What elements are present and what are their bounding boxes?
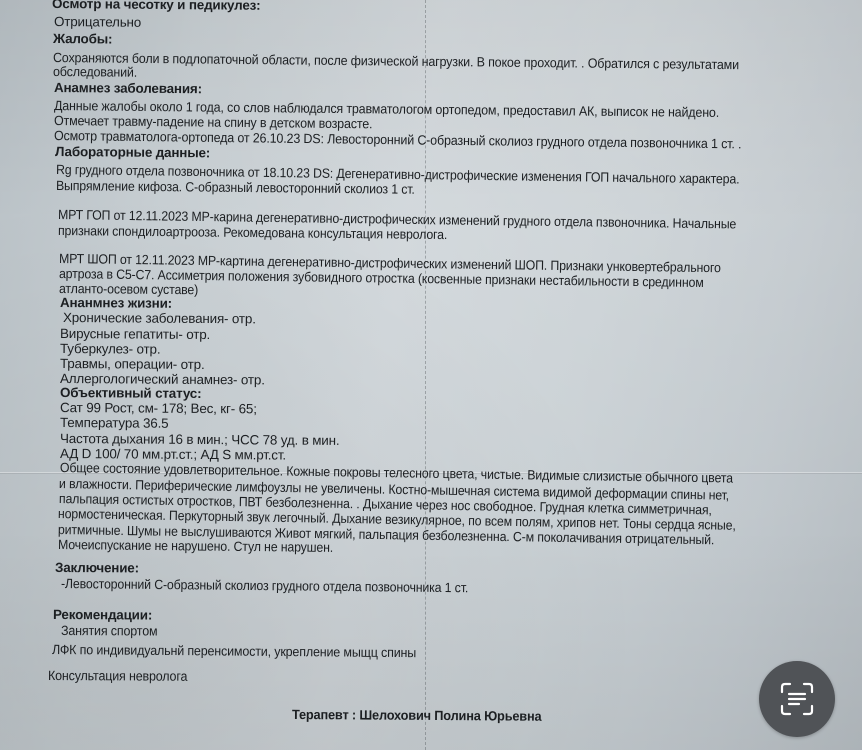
complaints-line: Сохраняются боли в подлопаточной области… — [53, 51, 739, 72]
lab-data-line: Выпрямление кифоза. С-образный левосторо… — [56, 179, 415, 197]
life-history-line: Туберкулез- отр. — [60, 342, 161, 357]
scabies-exam-heading: Осмотр на чесотку и педикулез: — [52, 0, 261, 13]
recommendation-item: ЛФК по индивидуальнй перенсимости, укреп… — [52, 643, 416, 660]
life-history-line: Хронические заболевания- отр. — [63, 311, 256, 326]
disease-history-heading: Анамнез заболевания: — [54, 81, 202, 96]
recommendation-item: Консультация невролога — [48, 669, 187, 684]
text-scan-icon — [777, 679, 817, 719]
scabies-exam-value: Отрицательно — [54, 15, 141, 30]
signature-line: Терапевт : Шелохович Полина Юрьевна — [292, 708, 542, 724]
mri-thoracic-line: признаки спондилоартрооза. Рекомедована … — [58, 224, 447, 242]
recommendation-item: Занятия спортом — [61, 624, 158, 639]
recommendations-heading: Рекомендации: — [53, 608, 152, 623]
complaints-line: обследований. — [53, 65, 137, 80]
objective-status-heading: Объективный статус: — [60, 386, 202, 401]
conclusion-value: -Левосторонний С-образный сколиоз грудно… — [61, 577, 468, 595]
life-history-heading: Ананмнез жизни: — [60, 296, 172, 311]
conclusion-heading: Заключение: — [55, 561, 139, 575]
life-history-line: Вирусные гепатиты- отр. — [60, 327, 210, 342]
text-scan-button[interactable] — [759, 661, 835, 737]
objective-status-line: Температура 36.5 — [60, 416, 169, 431]
objective-status-line: Сат 99 Рост, см- 178; Вес, кг- 65; — [60, 401, 257, 416]
lab-data-heading: Лабораторные данные: — [55, 145, 210, 160]
life-history-line: Травмы, операции- отр. — [60, 357, 205, 372]
complaints-heading: Жалобы: — [53, 32, 112, 47]
exam-line: Мочеиспускание не нарушено. Стул не нару… — [58, 538, 333, 555]
medical-document: Осмотр на чесотку и педикулез: Отрицател… — [0, 0, 862, 750]
